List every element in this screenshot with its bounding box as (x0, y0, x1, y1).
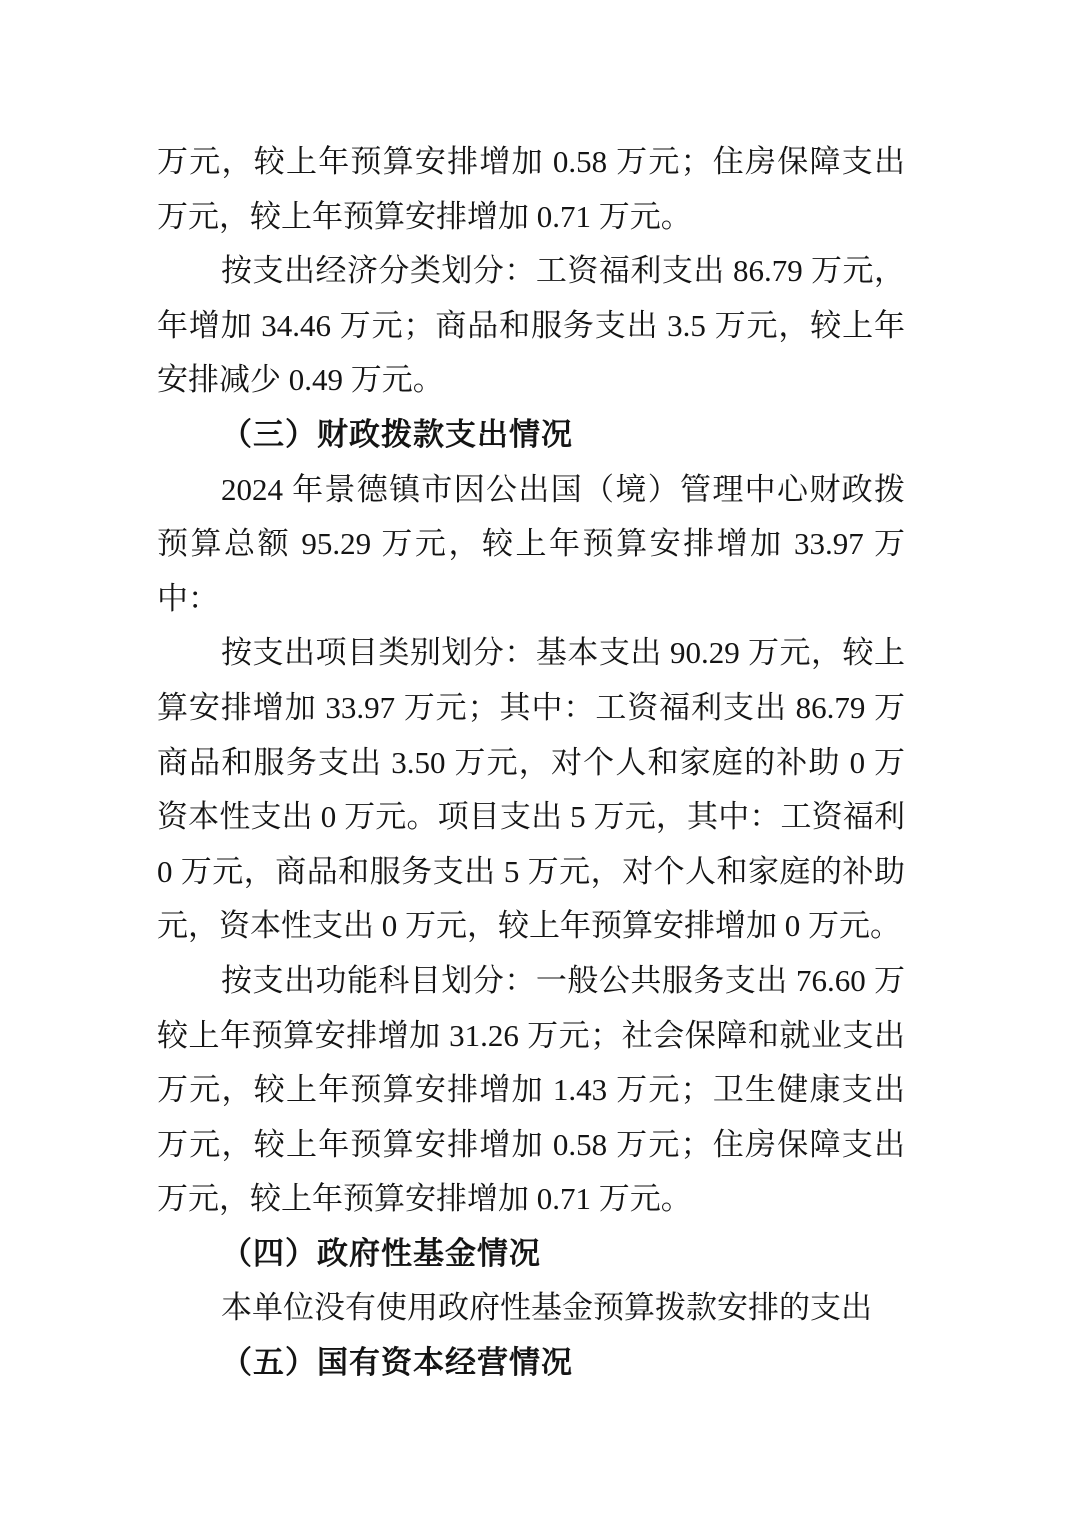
body-line: 万元，较上年预算安排增加 0.71 万元。 (157, 190, 905, 245)
body-line: 安排减少 0.49 万元。 (157, 353, 905, 408)
body-line: 算安排增加 33.97 万元；其中：工资福利支出 86.79 万元， (157, 681, 905, 736)
body-line: 按支出经济分类划分：工资福利支出 86.79 万元，较上 (157, 244, 905, 299)
document-text-block: 万元，较上年预算安排增加 0.58 万元；住房保障支出 4.91 万元，较上年预… (157, 135, 905, 1391)
body-line: 万元，较上年预算安排增加 1.43 万元；卫生健康支出 3.97 (157, 1063, 905, 1118)
body-line: 资本性支出 0 万元。项目支出 5 万元，其中：工资福利支出 (157, 790, 905, 845)
body-line: 万元，较上年预算安排增加 0.71 万元。 (157, 1172, 905, 1227)
body-line: 预算总额 95.29 万元，较上年预算安排增加 33.97 万元；其 (157, 517, 905, 572)
section-heading-4: （四）政府性基金情况 (157, 1227, 905, 1282)
body-line: 元，资本性支出 0 万元，较上年预算安排增加 0 万元。 (157, 899, 905, 954)
body-line: 0 万元，商品和服务支出 5 万元，对个人和家庭的补助 0 万 (157, 845, 905, 900)
body-line: 万元，较上年预算安排增加 0.58 万元；住房保障支出 4.91 (157, 135, 905, 190)
section-heading-3: （三）财政拨款支出情况 (157, 408, 905, 463)
body-line: 本单位没有使用政府性基金预算拨款安排的支出 (157, 1281, 905, 1336)
body-line: 较上年预算安排增加 31.26 万元；社会保障和就业支出 9.82 (157, 1009, 905, 1064)
body-line: 2024 年景德镇市因公出国（境）管理中心财政拨款支出 (157, 463, 905, 518)
body-line: 商品和服务支出 3.50 万元，对个人和家庭的补助 0 万元， (157, 736, 905, 791)
body-line: 万元，较上年预算安排增加 0.58 万元；住房保障支出 4.91 (157, 1118, 905, 1173)
body-line: 中： (157, 572, 905, 627)
body-line: 按支出功能科目划分：一般公共服务支出 76.60 万元， (157, 954, 905, 1009)
document-page: 万元，较上年预算安排增加 0.58 万元；住房保障支出 4.91 万元，较上年预… (0, 0, 1074, 1520)
body-line: 年增加 34.46 万元；商品和服务支出 3.5 万元，较上年预算 (157, 299, 905, 354)
body-line: 按支出项目类别划分：基本支出 90.29 万元，较上年预 (157, 626, 905, 681)
section-heading-5: （五）国有资本经营情况 (157, 1336, 905, 1391)
